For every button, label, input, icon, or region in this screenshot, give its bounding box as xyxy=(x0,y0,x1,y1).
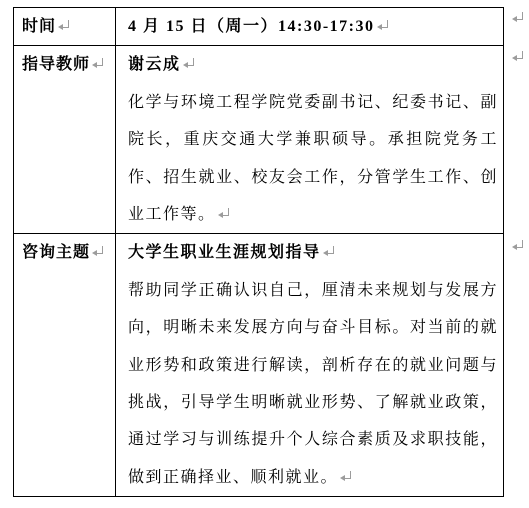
row-end-paragraph-mark-icon xyxy=(513,242,524,251)
row-end-paragraph-mark-icon xyxy=(513,14,524,23)
time-value: 4 月 15 日（周一）14:30-17:30 xyxy=(116,8,503,45)
paragraph-mark-icon xyxy=(59,22,70,31)
topic-label-cell[interactable]: 咨询主题 xyxy=(14,234,116,497)
paragraph-mark-icon xyxy=(341,473,352,482)
table-row-time: 时间 4 月 15 日（周一）14:30-17:30 xyxy=(14,8,504,46)
time-label: 时间 xyxy=(14,8,115,45)
table-row-topic: 咨询主题 大学生职业生涯规划指导 帮助同学正确认识自己，厘清未来规划与发展方向，… xyxy=(14,234,504,497)
time-value-cell[interactable]: 4 月 15 日（周一）14:30-17:30 xyxy=(116,8,504,46)
paragraph-mark-icon xyxy=(219,210,230,219)
row-end-paragraph-mark-icon xyxy=(513,53,524,62)
paragraph-mark-icon xyxy=(93,248,104,257)
instructor-label: 指导教师 xyxy=(14,46,115,83)
instructor-name: 谢云成 xyxy=(116,46,503,83)
instructor-bio: 化学与环境工程学院党委副书记、纪委书记、副院长，重庆交通大学兼职硕导。承担院党务… xyxy=(116,84,503,234)
paragraph-mark-icon xyxy=(184,60,195,69)
table-row-instructor: 指导教师 谢云成 化学与环境工程学院党委副书记、纪委书记、副院长，重庆交通大学兼… xyxy=(14,46,504,234)
schedule-table: 时间 4 月 15 日（周一）14:30-17:30 指导教师 谢云成 化学与环… xyxy=(13,7,504,497)
time-label-cell[interactable]: 时间 xyxy=(14,8,116,46)
topic-value-cell[interactable]: 大学生职业生涯规划指导 帮助同学正确认识自己，厘清未来规划与发展方向，明晰未来发… xyxy=(116,234,504,497)
instructor-label-cell[interactable]: 指导教师 xyxy=(14,46,116,234)
paragraph-mark-icon xyxy=(93,60,104,69)
instructor-value-cell[interactable]: 谢云成 化学与环境工程学院党委副书记、纪委书记、副院长，重庆交通大学兼职硕导。承… xyxy=(116,46,504,234)
topic-label: 咨询主题 xyxy=(14,234,115,271)
topic-title: 大学生职业生涯规划指导 xyxy=(116,234,503,271)
paragraph-mark-icon xyxy=(378,22,389,31)
topic-description: 帮助同学正确认识自己，厘清未来规划与发展方向，明晰未来发展方向与奋斗目标。对当前… xyxy=(116,272,503,496)
paragraph-mark-icon xyxy=(324,248,335,257)
